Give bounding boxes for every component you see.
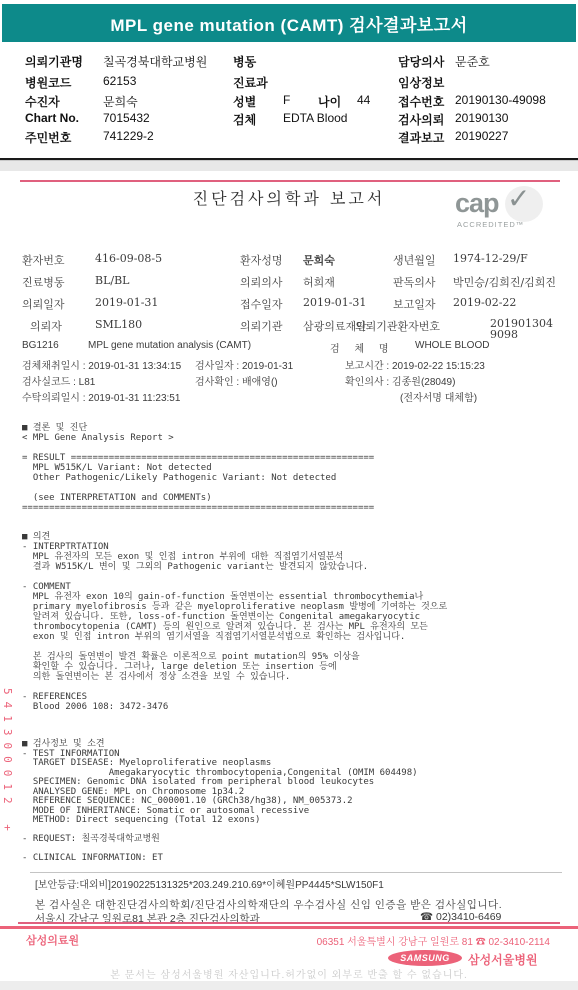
- value-birth-date: 1974-12-29/F: [453, 252, 528, 265]
- value-requesting-org: 칠곡경북대학교병원: [103, 53, 207, 70]
- confirming-doctor: 확인의사 : 김종원(28049): [345, 373, 455, 388]
- label-examinee: 수진자: [25, 93, 60, 110]
- value-doctor-in-charge: 문준호: [455, 53, 490, 70]
- value-institution-patient-no: 2019013049098: [490, 318, 558, 340]
- cap-accredited-text: ACCREDITED™: [457, 220, 524, 229]
- label-ward: 병동: [233, 53, 256, 70]
- electronic-signature-note: (전자서명 대체함): [400, 389, 477, 404]
- collection-datetime: 검체채취일시 : 2019-01-31 13:34:15: [22, 357, 181, 372]
- label-care-ward: 진료병동: [22, 274, 65, 290]
- footer-address-phone: 06351 서울특별시 강남구 일원로 81 ☎ 02-3410-2114: [317, 933, 550, 948]
- value-reviewing-doctor: 박민승/김희진/김희진: [453, 274, 556, 290]
- value-patient-no: 416-09-08-5: [95, 252, 162, 265]
- label-chart-no: Chart No.: [25, 111, 79, 125]
- report-banner: MPL gene mutation (CAMT) 검사결과보고서: [2, 4, 576, 42]
- conclusion-section: ■ 결론 및 진단 < MPL Gene Analysis Report > =…: [22, 423, 374, 513]
- label-institution-patient-no: 의뢰기관환자번호: [355, 318, 440, 334]
- label-specimen: 검체: [233, 111, 256, 128]
- value-referring-doctor: 허희재: [303, 274, 335, 290]
- value-care-ward: BL/BL: [95, 274, 129, 287]
- label-clinical-info: 임상정보: [398, 74, 444, 91]
- test-name: MPL gene mutation analysis (CAMT): [88, 340, 251, 351]
- value-age: 44: [357, 93, 370, 107]
- cap-accredited-logo: cap ✓ ACCREDITED™: [455, 190, 567, 236]
- security-classification-line: [보안등급:대외비]20190225131325*203.249.210.69*…: [30, 872, 562, 891]
- label-receive-date: 접수일자: [240, 296, 283, 312]
- value-result-report-date: 20190227: [455, 129, 508, 143]
- label-requesting-institution: 의뢰기관: [240, 318, 283, 334]
- label-referring-doctor: 의뢰의사: [240, 274, 283, 290]
- scan-edge-band: [0, 160, 578, 171]
- test-verifier: 검사확인 : 배애영(): [195, 373, 278, 388]
- samsung-logo-text: SAMSUNG: [400, 953, 450, 963]
- test-date: 검사일자 : 2019-01-31: [195, 357, 293, 372]
- test-code: BG1216: [22, 340, 59, 351]
- label-test-request-date: 검사의뢰: [398, 111, 444, 128]
- value-sex: F: [283, 93, 290, 107]
- label-report-date: 보고일자: [393, 296, 436, 312]
- label-requesting-org: 의뢰기관명: [25, 53, 83, 70]
- value-report-date: 2019-02-22: [453, 296, 516, 309]
- cap-checkmark-icon: ✓: [507, 182, 530, 215]
- label-sex: 성별: [233, 93, 256, 110]
- page-bottom-strip: [0, 981, 578, 990]
- value-receive-date: 2019-01-31: [303, 296, 366, 309]
- value-test-request-date: 20190130: [455, 111, 508, 125]
- value-resident-no: 741229-2: [103, 129, 154, 143]
- label-hospital-code: 병원코드: [25, 74, 71, 91]
- test-info-section: ■ 검사정보 및 소견 - TEST INFORMATION TARGET DI…: [22, 740, 418, 864]
- value-chart-no: 7015432: [103, 111, 150, 125]
- lab-code: 검사실코드 : L81: [22, 373, 95, 388]
- label-request-date: 의뢰일자: [22, 296, 65, 312]
- document-ownership-watermark: 본 문서는 삼성서울병원 자산입니다.허가없이 외부로 반출 할 수 없습니다.: [0, 966, 578, 981]
- cap-logo-word: cap: [455, 188, 499, 219]
- lab-certification-line: 본 검사실은 대한진단검사의학회/진단검사의학재단의 우수검사실 신임 인증을 …: [35, 897, 502, 912]
- outsourcing-request-datetime: 수탁의뢰일시 : 2019-01-31 11:23:51: [22, 389, 180, 404]
- label-requester: 의뢰자: [30, 318, 62, 334]
- footer-divider-line: [0, 926, 578, 929]
- value-specimen: EDTA Blood: [283, 111, 347, 125]
- label-department: 진료과: [233, 74, 268, 91]
- label-accession-no: 접수번호: [398, 93, 444, 110]
- label-resident-no: 주민번호: [25, 129, 71, 146]
- address-underline: [18, 922, 560, 924]
- label-patient-no: 환자번호: [22, 252, 65, 268]
- value-specimen-name: WHOLE BLOOD: [415, 340, 489, 351]
- value-hospital-code: 62153: [103, 74, 136, 88]
- value-accession-no: 20190130-49098: [455, 93, 546, 107]
- value-patient-name: 문희숙: [303, 252, 335, 268]
- opinion-section: ■ 의견 - INTERPTRTATION MPL 유전자의 모든 exon 및…: [22, 532, 447, 712]
- value-request-date: 2019-01-31: [95, 296, 158, 309]
- scan-top-line: [20, 180, 560, 182]
- side-specimen-code: 541300012 +: [1, 688, 14, 888]
- label-result-report-date: 결과보고: [398, 129, 444, 146]
- report-time: 보고시간 : 2019-02-22 15:15:23: [345, 357, 485, 372]
- label-age: 나이: [318, 93, 341, 110]
- label-specimen-name: 검 체 명: [330, 340, 395, 355]
- label-doctor-in-charge: 담당의사: [398, 53, 444, 70]
- value-examinee: 문희숙: [103, 93, 138, 110]
- value-requester: SML180: [95, 318, 142, 331]
- report-banner-title: MPL gene mutation (CAMT) 검사결과보고서: [110, 11, 467, 36]
- label-reviewing-doctor: 판독의사: [393, 274, 436, 290]
- label-birth-date: 생년월일: [393, 252, 436, 268]
- label-patient-name: 환자성명: [240, 252, 283, 268]
- samsung-logo: SAMSUNG: [388, 950, 462, 966]
- samsung-medical-center-brand: 삼성의료원: [26, 932, 79, 948]
